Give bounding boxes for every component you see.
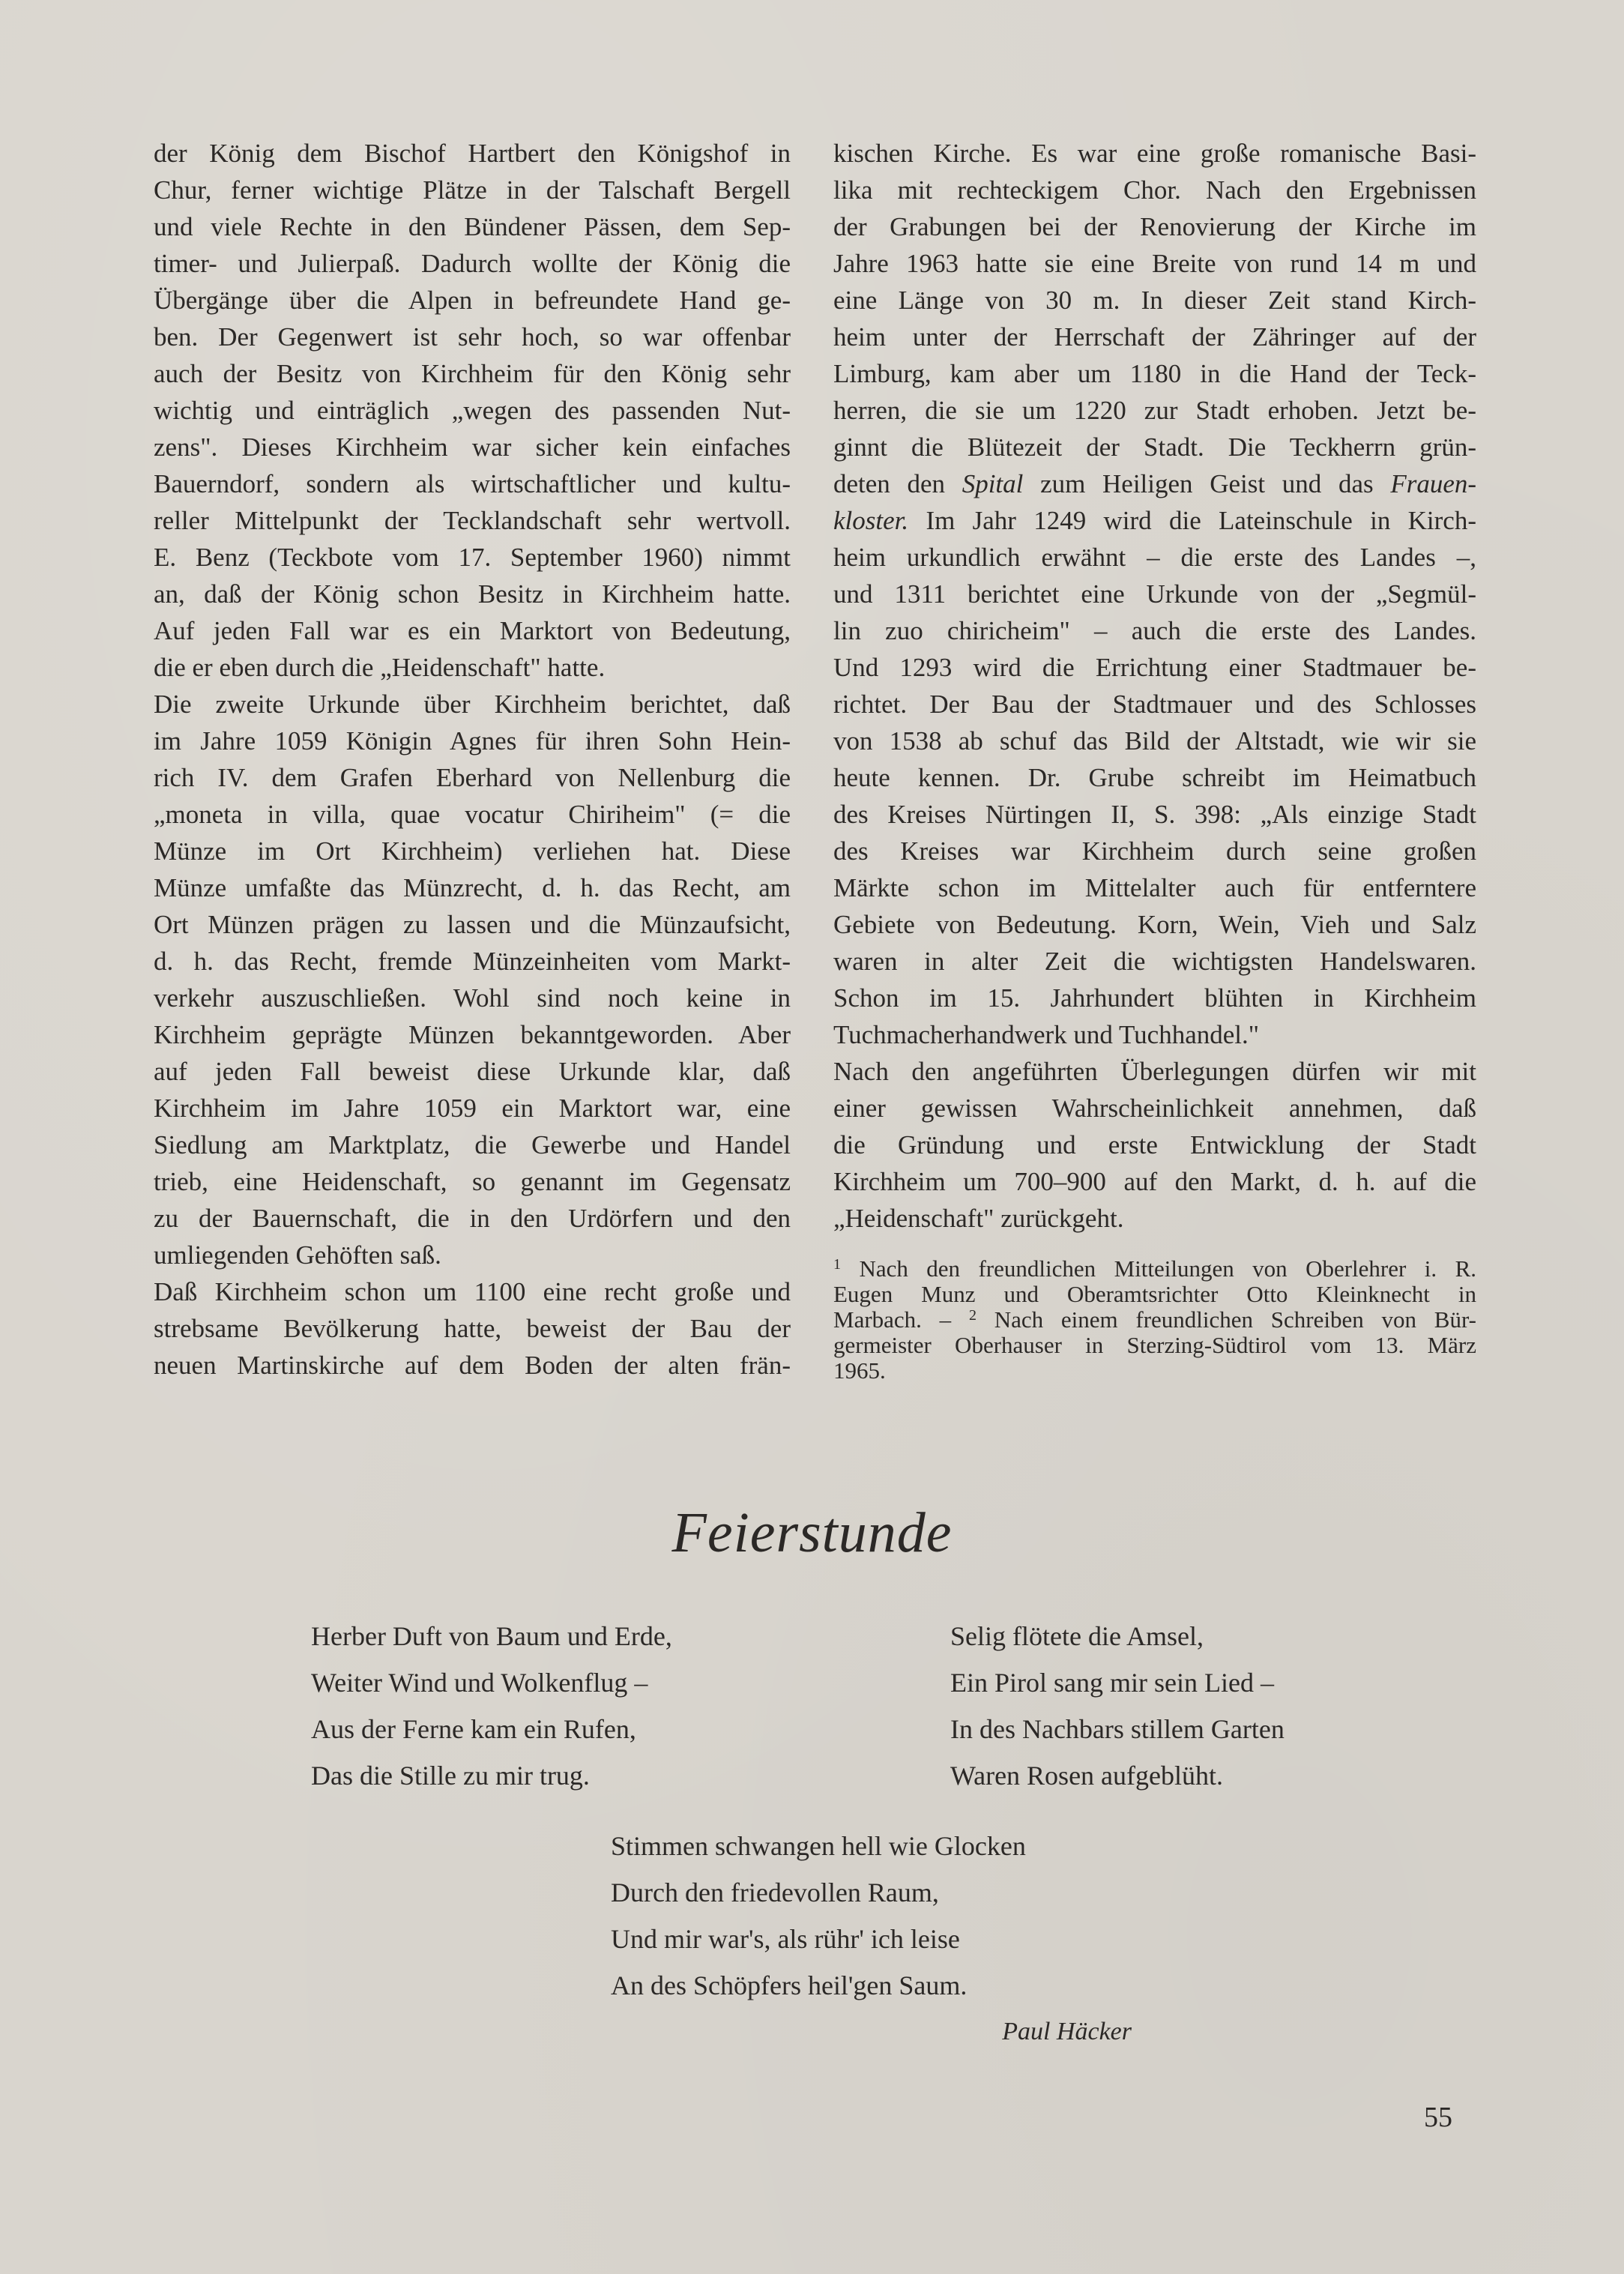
- footnote-marker-1: 1: [833, 1256, 841, 1273]
- italic-term-frauenkloster: Frauen-: [1390, 469, 1476, 498]
- text-line: zens". Dieses Kirchheim war sicher kein …: [154, 429, 791, 465]
- text-line: ginnt die Blütezeit der Stadt. Die Teckh…: [833, 429, 1476, 465]
- poem-verse: An des Schöpfers heil'gen Saum.: [611, 1962, 1026, 2009]
- text-line: richtet. Der Bau der Stadtmauer und des …: [833, 686, 1476, 723]
- text-line: Tuchmacherhandwerk und Tuchhandel.": [833, 1016, 1476, 1053]
- poem-verse: Stimmen schwangen hell wie Glocken: [611, 1823, 1026, 1869]
- text-line: verkehr auszuschließen. Wohl sind noch k…: [154, 980, 791, 1016]
- poem-verse: Das die Stille zu mir trug.: [311, 1752, 672, 1799]
- text-line: und 1311 berichtet eine Urkunde von der …: [833, 576, 1476, 612]
- poem-stanza-2: Selig flötete die Amsel, Ein Pirol sang …: [950, 1613, 1285, 1799]
- poem-verse: Herber Duft von Baum und Erde,: [311, 1613, 672, 1659]
- article-left-column: der König dem Bischof Hartbert den König…: [154, 135, 791, 1384]
- text-line: Jahre 1963 hatte sie eine Breite von run…: [833, 245, 1476, 282]
- text-line: die er eben durch die „Heidenschaft" hat…: [154, 649, 791, 686]
- footnote-line: Marbach. – 2 Nach einem freundlichen Sch…: [833, 1307, 1476, 1333]
- text-line: im Jahre 1059 Königin Agnes für ihren So…: [154, 723, 791, 759]
- text-line: d. h. das Recht, fremde Münzeinheiten vo…: [154, 943, 791, 980]
- text-line: Münze im Ort Kirchheim) verliehen hat. D…: [154, 833, 791, 869]
- text-line: Gebiete von Bedeutung. Korn, Wein, Vieh …: [833, 906, 1476, 943]
- text-line: die Gründung und erste Entwicklung der S…: [833, 1127, 1476, 1163]
- text-line: Schon im 15. Jahrhundert blühten in Kirc…: [833, 980, 1476, 1016]
- text-line: wichtig und einträglich „wegen des passe…: [154, 392, 791, 429]
- text-line: Ort Münzen prägen zu lassen und die Münz…: [154, 906, 791, 943]
- page-number: 55: [1424, 2099, 1452, 2136]
- text-line: einer gewissen Wahrscheinlichkeit annehm…: [833, 1090, 1476, 1127]
- text-line: E. Benz (Teckbote vom 17. September 1960…: [154, 539, 791, 576]
- poem-title: Feierstunde: [0, 1495, 1624, 1570]
- text-line: waren in alter Zeit die wichtigsten Hand…: [833, 943, 1476, 980]
- text-segment: [1023, 469, 1040, 498]
- text-line: Kirchheim im Jahre 1059 ein Marktort war…: [154, 1090, 791, 1127]
- italic-term-frauenkloster: kloster.: [833, 506, 908, 535]
- footnotes: 1 Nach den freundlichen Mitteilungen von…: [833, 1256, 1476, 1384]
- footnote-text: Nach den freundlichen Mitteilungen von O…: [841, 1255, 1476, 1282]
- text-line: trieb, eine Heidenschaft, so genannt im …: [154, 1163, 791, 1200]
- text-line: rich IV. dem Grafen Eberhard von Nellenb…: [154, 759, 791, 796]
- text-line: „moneta in villa, quae vocatur Chiriheim…: [154, 796, 791, 833]
- text-line: Kirchheim um 700–900 auf den Markt, d. h…: [833, 1163, 1476, 1200]
- poem-verse: Und mir war's, als rühr' ich leise: [611, 1916, 1026, 1962]
- footnote-line: Eugen Munz und Oberamtsrichter Otto Klei…: [833, 1282, 1476, 1307]
- poem-verse: Weiter Wind und Wolkenflug –: [311, 1659, 672, 1706]
- text-line: herren, die sie um 1220 zur Stadt erhobe…: [833, 392, 1476, 429]
- text-line: „Heidenschaft" zurückgeht.: [833, 1200, 1476, 1237]
- text-line: der König dem Bischof Hartbert den König…: [154, 135, 791, 172]
- text-line: Übergänge über die Alpen in befreundete …: [154, 282, 791, 319]
- text-line: Und 1293 wird die Errichtung einer Stadt…: [833, 649, 1476, 686]
- text-line: umliegenden Gehöften saß.: [154, 1237, 791, 1273]
- article-right-column: kischen Kirche. Es war eine große romani…: [833, 135, 1476, 1237]
- footnote-text: Nach einem freundlichen Schreiben von Bü…: [976, 1306, 1476, 1333]
- text-line: Chur, ferner wichtige Plätze in der Tals…: [154, 172, 791, 208]
- text-segment: Im Jahr 1249 wird die Lateinschule in Ki…: [926, 506, 1476, 535]
- text-line: Bauerndorf, sondern als wirtschaftlicher…: [154, 465, 791, 502]
- text-line: des Kreises war Kirchheim durch seine gr…: [833, 833, 1476, 869]
- footnote-line: 1 Nach den freundlichen Mitteilungen von…: [833, 1256, 1476, 1282]
- text-line-mixed: kloster. Im Jahr 1249 wird die Lateinsch…: [833, 502, 1476, 539]
- footnote-marker-2: 2: [969, 1307, 976, 1324]
- poem-stanza-3: Stimmen schwangen hell wie Glocken Durch…: [611, 1823, 1026, 2009]
- poem-verse: Durch den friedevollen Raum,: [611, 1869, 1026, 1916]
- text-line: Limburg, kam aber um 1180 in die Hand de…: [833, 355, 1476, 392]
- text-line: Märkte schon im Mittelalter auch für ent…: [833, 869, 1476, 906]
- text-line: reller Mittelpunkt der Tecklandschaft se…: [154, 502, 791, 539]
- poem-verse: Aus der Ferne kam ein Rufen,: [311, 1706, 672, 1752]
- text-line: eine Länge von 30 m. In dieser Zeit stan…: [833, 282, 1476, 319]
- text-line: des Kreises Nürtingen II, S. 398: „Als e…: [833, 796, 1476, 833]
- text-line: lika mit rechteckigem Chor. Nach den Erg…: [833, 172, 1476, 208]
- page: der König dem Bischof Hartbert den König…: [0, 0, 1624, 2274]
- text-line: zu der Bauernschaft, die in den Urdörfer…: [154, 1200, 791, 1237]
- text-line: Nach den angeführten Überlegungen dürfen…: [833, 1053, 1476, 1090]
- text-line: neuen Martinskirche auf dem Boden der al…: [154, 1347, 791, 1384]
- poem-verse: Waren Rosen aufgeblüht.: [950, 1752, 1285, 1799]
- footnote-line: 1965.: [833, 1358, 1476, 1384]
- text-line: Daß Kirchheim schon um 1100 eine recht g…: [154, 1273, 791, 1310]
- poem-stanza-1: Herber Duft von Baum und Erde, Weiter Wi…: [311, 1613, 672, 1799]
- text-line: an, daß der König schon Besitz in Kirchh…: [154, 576, 791, 612]
- text-line: Kirchheim geprägte Münzen bekanntgeworde…: [154, 1016, 791, 1053]
- text-segment: zum Heiligen Geist und das: [1040, 469, 1390, 498]
- footnote-line: germeister Oberhauser in Sterzing-Südtir…: [833, 1333, 1476, 1358]
- text-line: und viele Rechte in den Bündener Pässen,…: [154, 208, 791, 245]
- text-line: auch der Besitz von Kirchheim für den Kö…: [154, 355, 791, 392]
- text-line: heute kennen. Dr. Grube schreibt im Heim…: [833, 759, 1476, 796]
- footnote-text: Marbach. –: [833, 1306, 969, 1333]
- text-line: der Grabungen bei der Renovierung der Ki…: [833, 208, 1476, 245]
- text-line: strebsame Bevölkerung hatte, beweist der…: [154, 1310, 791, 1347]
- text-line: kischen Kirche. Es war eine große romani…: [833, 135, 1476, 172]
- italic-term-spital: Spital: [962, 469, 1024, 498]
- text-line: timer- und Julierpaß. Dadurch wollte der…: [154, 245, 791, 282]
- poem-verse: Ein Pirol sang mir sein Lied –: [950, 1659, 1285, 1706]
- text-line: Auf jeden Fall war es ein Marktort von B…: [154, 612, 791, 649]
- text-line: ben. Der Gegenwert ist sehr hoch, so war…: [154, 319, 791, 355]
- poem-verse: In des Nachbars stillem Garten: [950, 1706, 1285, 1752]
- text-line-mixed: deten den Spital zum Heiligen Geist und …: [833, 465, 1476, 502]
- text-line: Münze umfaßte das Münzrecht, d. h. das R…: [154, 869, 791, 906]
- text-line: lin zuo chiricheim" – auch die erste des…: [833, 612, 1476, 649]
- text-line: von 1538 ab schuf das Bild der Altstadt,…: [833, 723, 1476, 759]
- text-line: Siedlung am Marktplatz, die Gewerbe und …: [154, 1127, 791, 1163]
- text-line: auf jeden Fall beweist diese Urkunde kla…: [154, 1053, 791, 1090]
- text-line: Die zweite Urkunde über Kirchheim berich…: [154, 686, 791, 723]
- text-segment: deten den: [833, 469, 962, 498]
- text-line: heim unter der Herrschaft der Zähringer …: [833, 319, 1476, 355]
- text-line: heim urkundlich erwähnt – die erste des …: [833, 539, 1476, 576]
- poem-author: Paul Häcker: [982, 2013, 1132, 2051]
- text-segment: [908, 506, 926, 535]
- poem-verse: Selig flötete die Amsel,: [950, 1613, 1285, 1659]
